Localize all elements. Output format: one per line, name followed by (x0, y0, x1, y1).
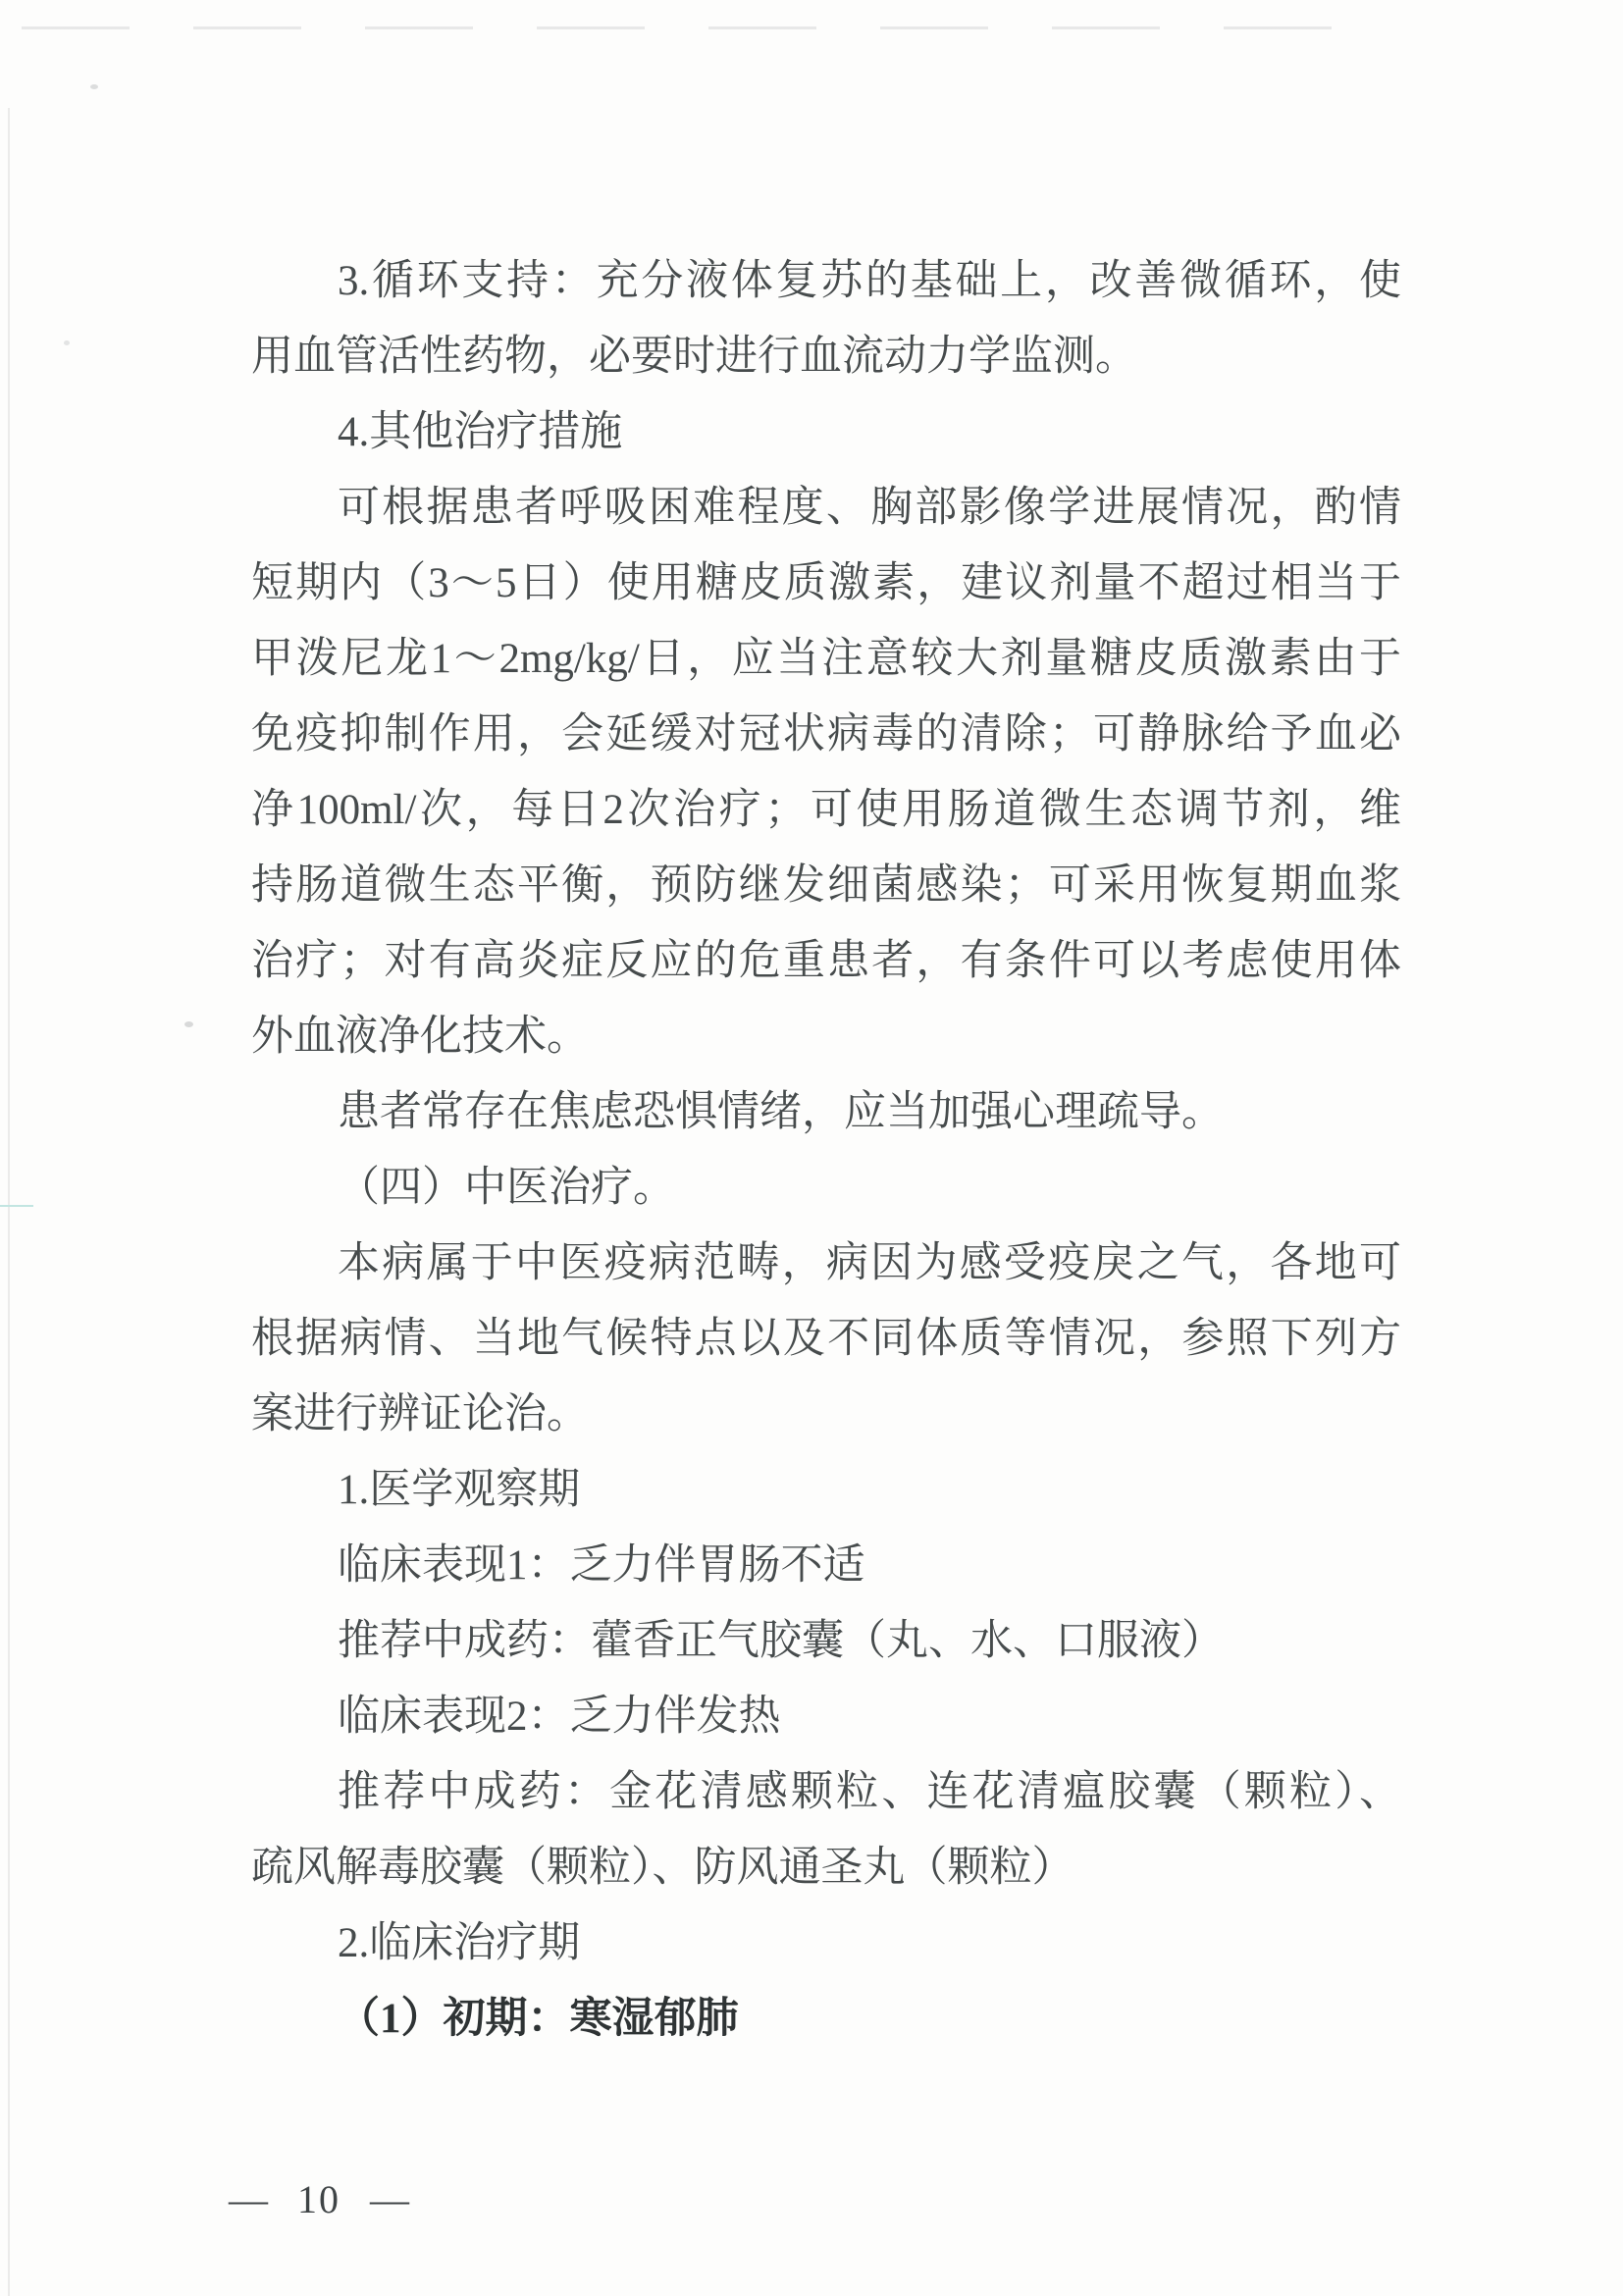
text-line: 外血液净化技术。 (251, 999, 1401, 1074)
scan-artifact-speck (90, 84, 98, 89)
text-line: 持肠道微生态平衡，预防继发细菌感染；可采用恢复期血浆 (251, 848, 1401, 923)
text-line: 根据病情、当地气候特点以及不同体质等情况，参照下列方 (251, 1301, 1401, 1377)
document-body: 3.循环支持：充分液体复苏的基础上，改善微循环，使 用血管活性药物，必要时进行血… (251, 243, 1401, 2057)
text-line: 推荐中成药：藿香正气胶囊（丸、水、口服液） (251, 1603, 1401, 1679)
scan-artifact-left-edge (8, 108, 10, 2296)
text-line: 可根据患者呼吸困难程度、胸部影像学进展情况，酌情 (251, 470, 1401, 546)
text-line: 4.其他治疗措施 (251, 394, 1401, 470)
text-line: 疏风解毒胶囊（颗粒）、防风通圣丸（颗粒） (251, 1830, 1401, 1905)
page-footer: — 10 — (229, 2176, 409, 2222)
footer-dash-right: — (370, 2176, 409, 2222)
text-line: 临床表现2：乏力伴发热 (251, 1679, 1401, 1754)
text-line: 案进行辨证论治。 (251, 1377, 1401, 1452)
text-line: 治疗；对有高炎症反应的危重患者，有条件可以考虑使用体 (251, 923, 1401, 999)
section-heading: （四）中医治疗。 (251, 1150, 1401, 1226)
scan-artifact-speck (184, 1021, 193, 1027)
text-line: 免疫抑制作用，会延缓对冠状病毒的清除；可静脉给予血必 (251, 697, 1401, 772)
subsection-heading: 2.临床治疗期 (251, 1905, 1401, 1981)
text-line: 患者常存在焦虑恐惧情绪，应当加强心理疏导。 (251, 1074, 1401, 1150)
scan-artifact-top-line (22, 26, 1395, 29)
bold-heading: （1）初期：寒湿郁肺 (251, 1981, 1401, 2057)
scanned-document-page: 3.循环支持：充分液体复苏的基础上，改善微循环，使 用血管活性药物，必要时进行血… (0, 0, 1623, 2296)
scan-artifact-teal-tick (0, 1205, 33, 1207)
text-line: 甲泼尼龙1～2mg/kg/日，应当注意较大剂量糖皮质激素由于 (251, 621, 1401, 697)
text-line: 3.循环支持：充分液体复苏的基础上，改善微循环，使 (251, 243, 1401, 319)
footer-dash-left: — (229, 2176, 268, 2222)
text-line: 推荐中成药：金花清感颗粒、连花清瘟胶囊（颗粒）、 (251, 1754, 1401, 1830)
text-line: 用血管活性药物，必要时进行血流动力学监测。 (251, 319, 1401, 394)
text-line: 净100ml/次，每日2次治疗；可使用肠道微生态调节剂，维 (251, 772, 1401, 848)
text-line: 短期内（3～5日）使用糖皮质激素，建议剂量不超过相当于 (251, 546, 1401, 621)
page-number: 10 (297, 2176, 340, 2222)
subsection-heading: 1.医学观察期 (251, 1452, 1401, 1528)
text-line: 临床表现1：乏力伴胃肠不适 (251, 1528, 1401, 1603)
text-line: 本病属于中医疫病范畴，病因为感受疫戾之气，各地可 (251, 1226, 1401, 1301)
scan-artifact-speck (64, 340, 70, 345)
